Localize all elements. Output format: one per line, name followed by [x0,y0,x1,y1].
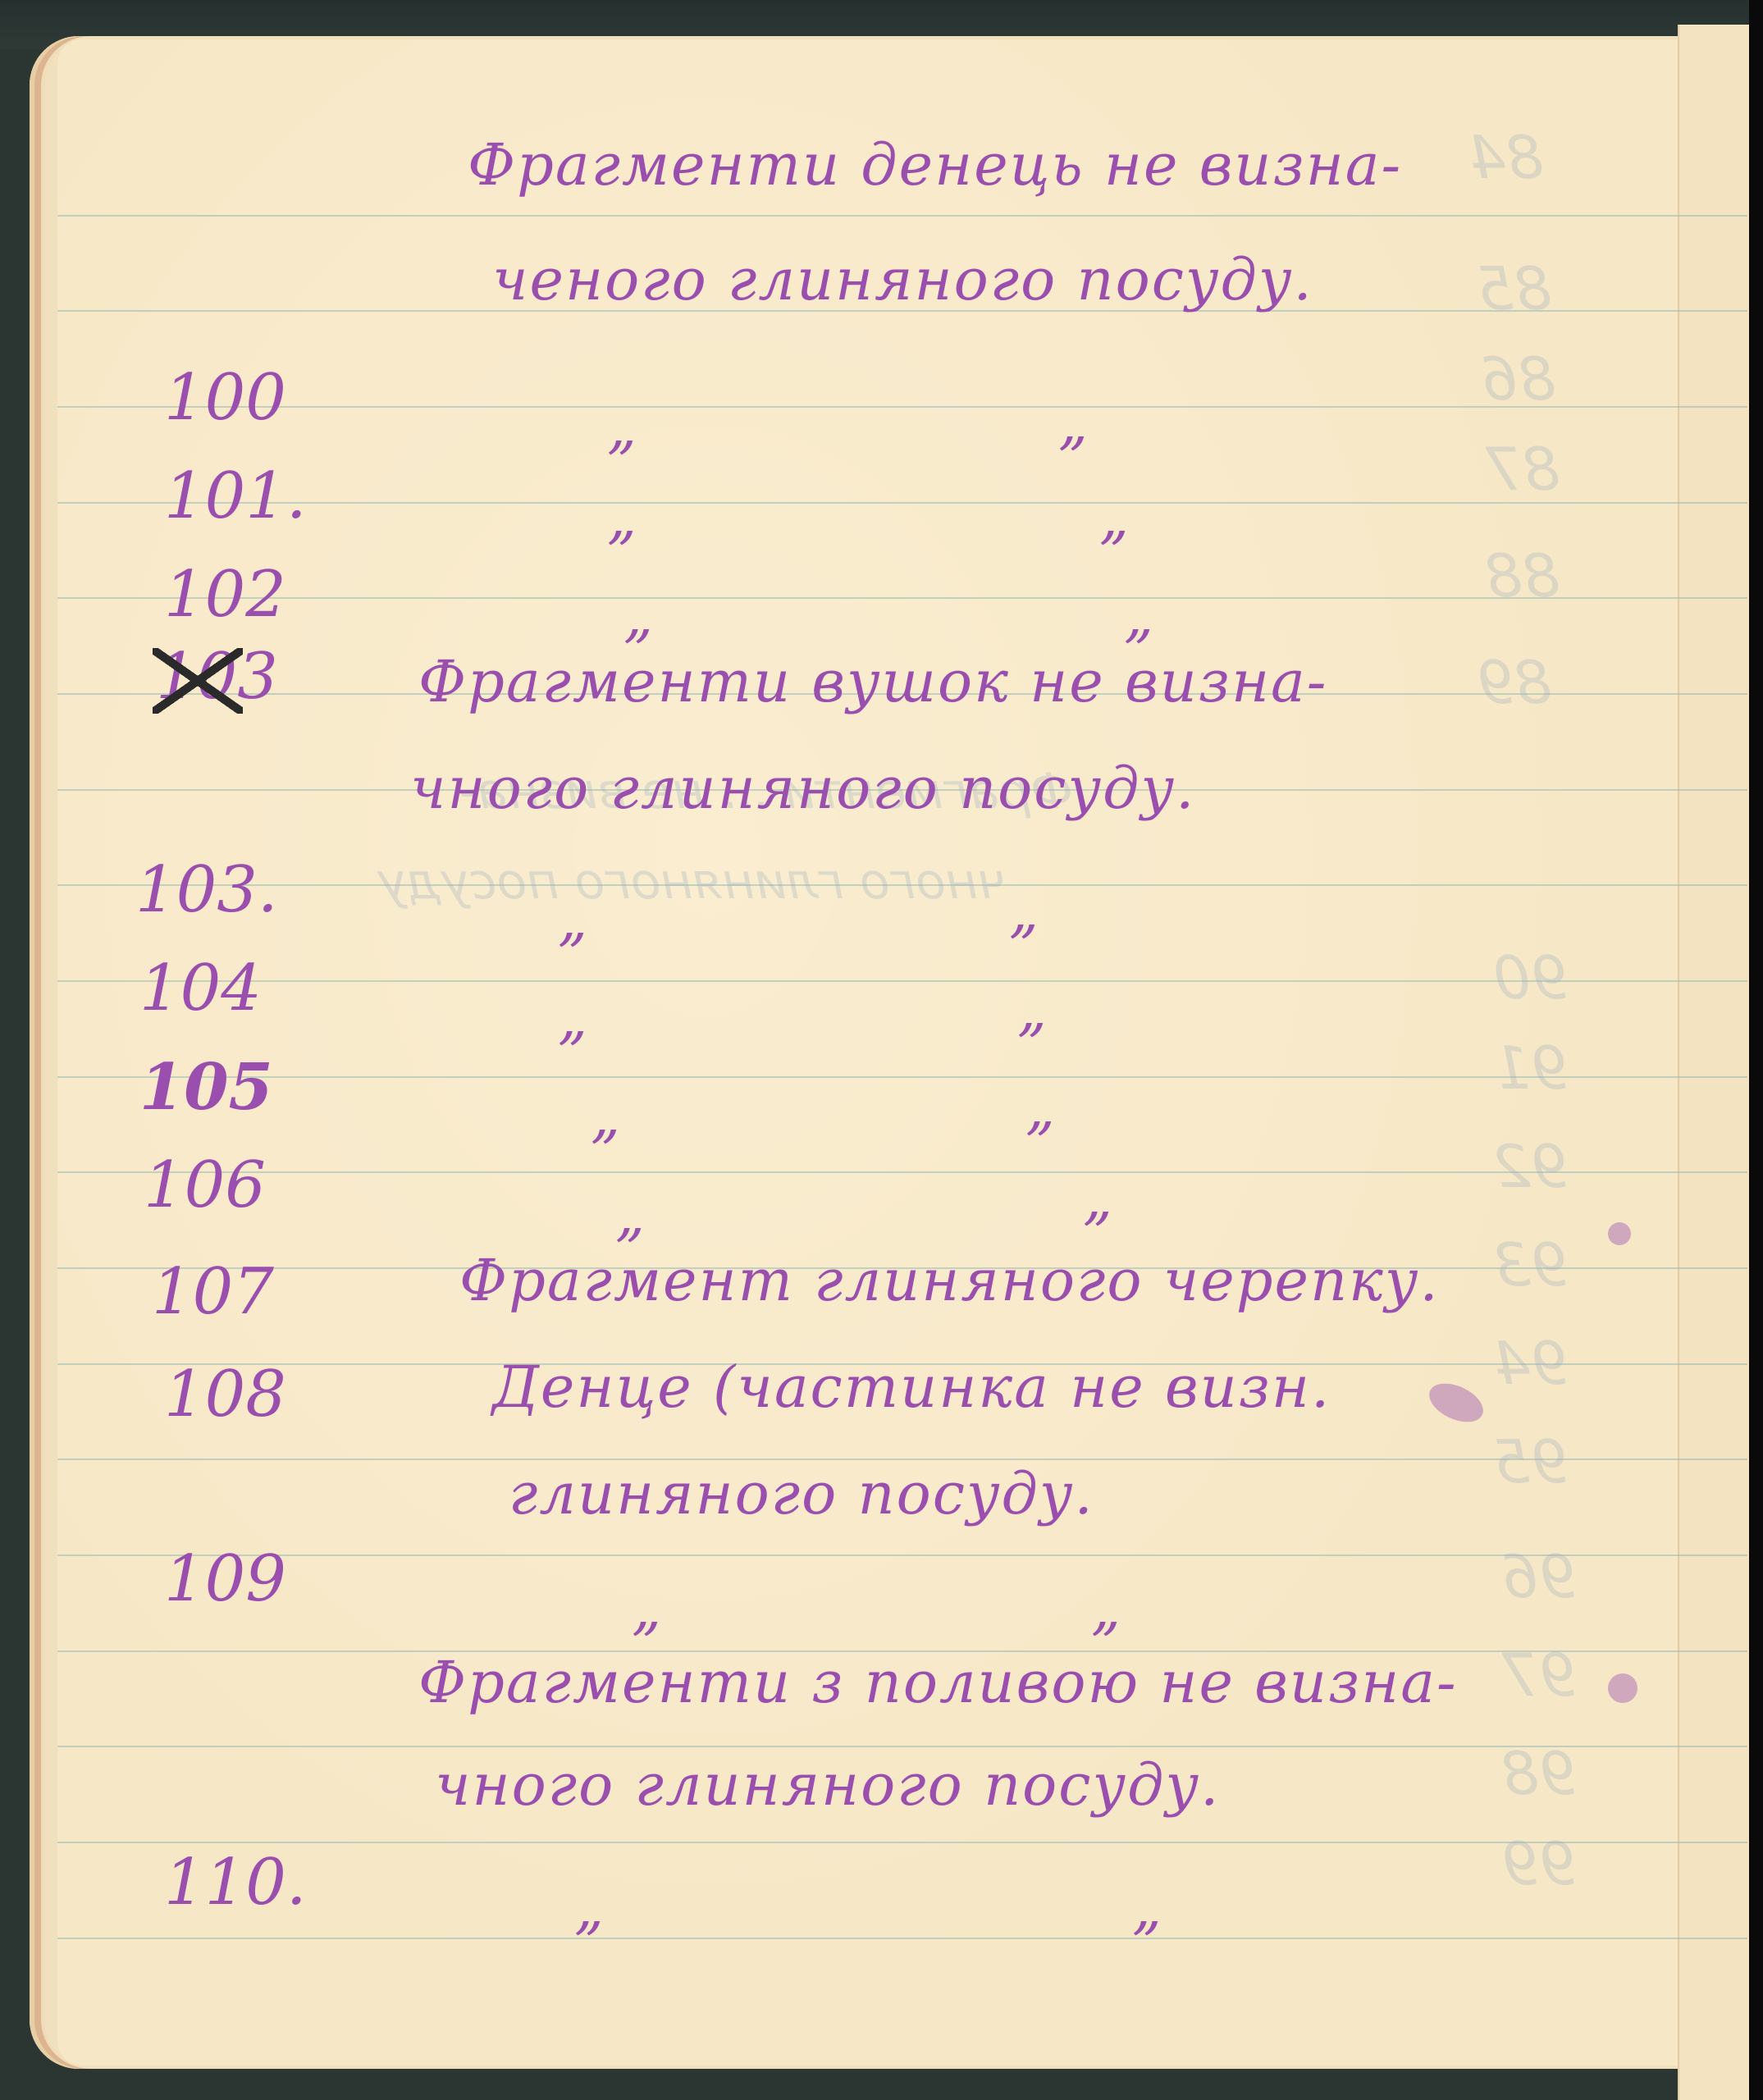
ink-smudge [1608,1673,1637,1703]
ruled-line [57,1554,1747,1556]
entry-description: Фрагменти денець не визна- [468,131,1402,199]
scan-border [1749,0,1763,2100]
entry-number: 104 [139,952,262,1025]
ruled-line [57,1938,1747,1939]
bleed-through-text: чного глиняного посуду [377,853,1007,911]
bleed-through-number: 90 [1493,943,1569,1012]
bleed-through-number: 98 [1501,1739,1577,1808]
entry-description: глиняного посуду. [509,1460,1094,1527]
bleed-through-number: 88 [1485,541,1560,610]
bleed-through-number: 92 [1493,1132,1569,1201]
bleed-through-number: 99 [1501,1829,1577,1898]
entry-description: ченого глиняного посуду. [492,246,1313,313]
entry-number: 100 [164,361,286,435]
entry-description: Фрагменти з поливою не визна- [418,1649,1458,1716]
bleed-through-number: 86 [1481,345,1556,413]
ditto-mark: „ [1025,1075,1055,1142]
entry-number: 106 [144,1148,266,1222]
entry-description: Фрагмент глиняного черепку. [459,1247,1440,1314]
entry-number: 108 [164,1358,286,1431]
ruled-line [57,1842,1747,1843]
ditto-mark: „ [558,984,587,1052]
entry-number: 110. [164,1846,307,1920]
entry-number: 101. [164,459,307,533]
bleed-through-number: 93 [1493,1230,1569,1299]
entry-description: чного глиняного посуду. [435,1751,1220,1819]
ditto-mark: „ [607,394,637,461]
facing-page-edge [1678,25,1753,2100]
ditto-mark: „ [1099,484,1129,551]
ditto-mark: „ [632,1575,661,1642]
bleed-through-number: 89 [1477,648,1552,717]
entry-number: 103. [135,853,278,927]
entry-description: чного глиняного посуду. [410,755,1195,822]
ditto-mark: „ [623,582,653,650]
ditto-mark: „ [1009,878,1039,945]
bleed-through-number: 84 [1468,123,1544,192]
struck-entry-number: 103 [156,640,278,714]
ditto-mark: „ [591,1083,620,1150]
ruled-line [57,1746,1747,1747]
bleed-through-number: 91 [1493,1034,1569,1102]
ditto-mark: „ [1124,582,1153,650]
entry-number: 109 [164,1542,286,1616]
ditto-mark: „ [574,1874,604,1942]
entry-number: 102 [164,558,286,632]
ditto-mark: „ [615,1181,645,1249]
entry-description: Фрагменти вушок не визна- [418,648,1327,715]
ditto-mark: „ [1058,390,1088,457]
bleed-through-number: 87 [1485,435,1560,504]
ditto-mark: „ [607,484,637,551]
bleed-through-number: 94 [1493,1329,1569,1398]
ditto-mark: „ [1091,1575,1121,1642]
bleed-through-number: 95 [1493,1427,1569,1496]
entry-description: Денце (частинка не визн. [492,1354,1331,1421]
ruled-line [57,215,1747,217]
bleed-through-number: 97 [1501,1641,1577,1710]
entry-number: 107 [152,1255,274,1329]
ditto-mark: „ [1017,976,1047,1043]
entry-number: 105 [139,1050,273,1125]
ditto-mark: „ [558,886,587,953]
bleed-through-number: 85 [1477,254,1552,323]
ink-smudge [1608,1222,1631,1245]
ditto-mark: „ [1083,1165,1112,1232]
ditto-mark: „ [1132,1874,1162,1942]
bleed-through-number: 96 [1501,1542,1577,1611]
